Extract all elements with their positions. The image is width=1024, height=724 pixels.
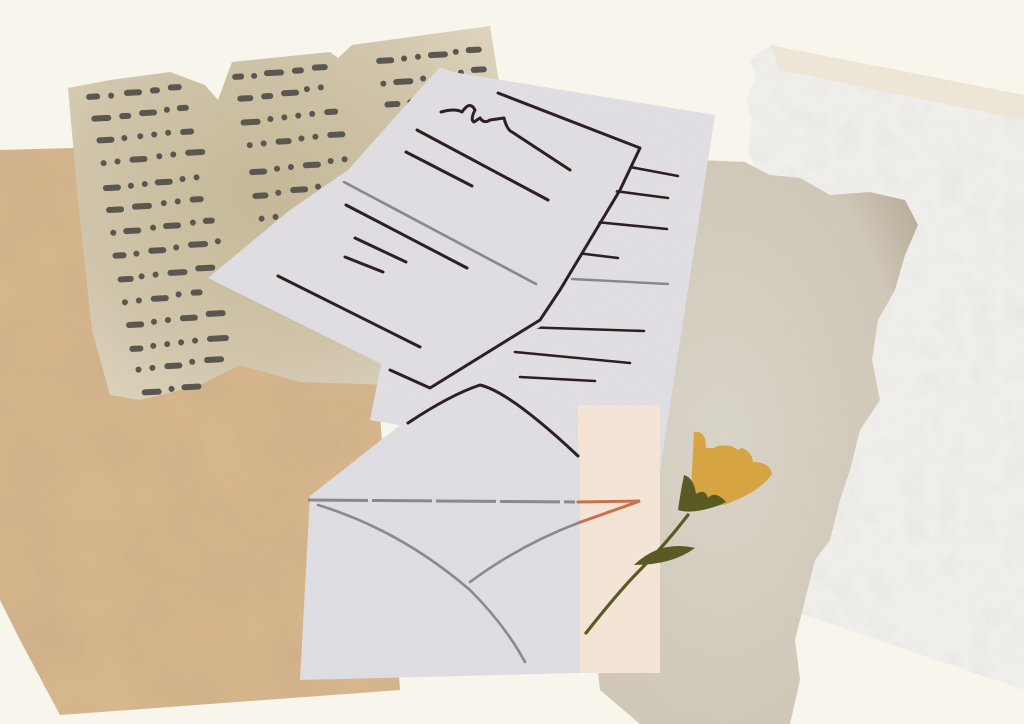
collage-canvas — [0, 0, 1024, 724]
peach-card — [578, 405, 660, 673]
collage-artwork — [0, 0, 1024, 724]
